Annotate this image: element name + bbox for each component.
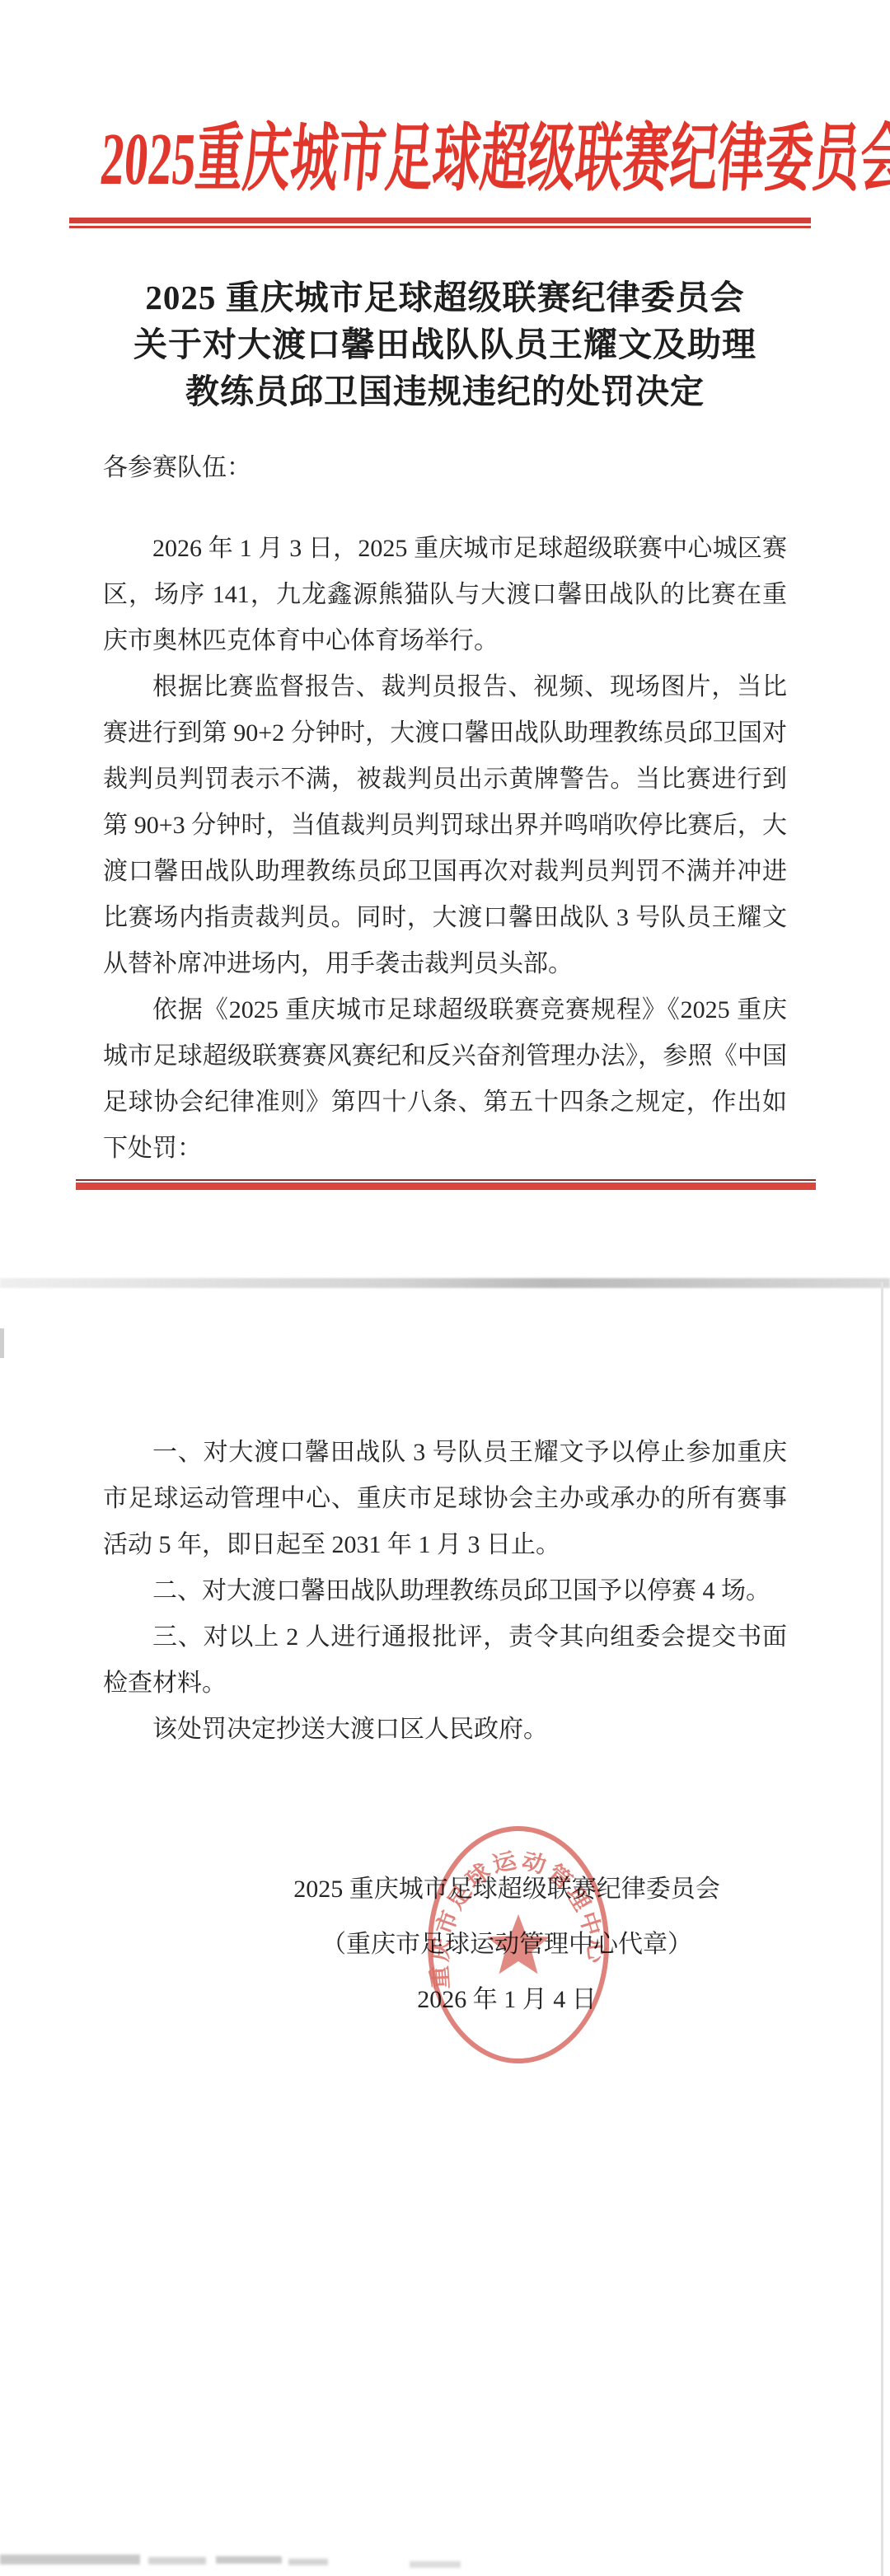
- divider-thick-line: [76, 1183, 816, 1190]
- document-page: 2025重庆城市足球超级联赛纪律委员会 2025 重庆城市足球超级联赛纪律委员会…: [0, 0, 890, 2576]
- league-banner-title-text: 2025重庆城市足球超级联赛纪律委员会: [96, 101, 890, 218]
- document-title-line-1: 2025 重庆城市足球超级联赛纪律委员会: [0, 274, 890, 321]
- seal-star-icon: [487, 1914, 550, 1974]
- document-title-line-3: 教练员邱卫国违规违纪的处罚决定: [0, 368, 890, 415]
- page-divider-red-rule: [76, 1179, 816, 1190]
- league-banner-title: 2025重庆城市足球超级联赛纪律委员会: [0, 112, 890, 206]
- official-seal: 重庆市足球运动管理中心: [420, 1820, 616, 2067]
- scan-left-edge-mark: [0, 1328, 4, 1358]
- salutation: 各参赛队伍：: [103, 445, 787, 491]
- divider-thin-line: [76, 1179, 816, 1181]
- scan-smudge: [0, 2555, 140, 2564]
- paragraph-incident-description: 根据比赛监督报告、裁判员报告、视频、现场图片，当比赛进行到第 90+2 分钟时，…: [103, 664, 787, 987]
- paragraph-legal-basis: 依据《2025 重庆城市足球超级联赛竞赛规程》《2025 重庆城市足球超级联赛赛…: [103, 987, 787, 1172]
- scan-smudge: [288, 2559, 328, 2565]
- page-join-shadow: [0, 1278, 890, 1288]
- scan-smudge: [410, 2561, 461, 2568]
- decision-item-2: 二、对大渡口馨田战队助理教练员邱卫国予以停赛 4 场。: [103, 1568, 787, 1614]
- banner-double-rule: [69, 218, 811, 228]
- banner-rule-thin-line: [69, 226, 811, 228]
- decision-item-1: 一、对大渡口馨田战队 3 号队员王耀文予以停止参加重庆市足球运动管理中心、重庆市…: [103, 1430, 787, 1568]
- scan-right-edge-line: [881, 1282, 883, 2576]
- document-title-line-2: 关于对大渡口馨田战队队员王耀文及助理: [0, 321, 890, 368]
- paragraph-match-info: 2026 年 1 月 3 日，2025 重庆城市足球超级联赛中心城区赛区，场序 …: [103, 526, 787, 664]
- cc-note: 该处罚决定抄送大渡口区人民政府。: [103, 1707, 787, 1753]
- scan-smudge: [216, 2556, 282, 2564]
- document-title: 2025 重庆城市足球超级联赛纪律委员会 关于对大渡口馨田战队队员王耀文及助理 …: [0, 274, 890, 415]
- scan-smudge: [148, 2557, 206, 2564]
- decision-item-3: 三、对以上 2 人进行通报批评，责令其向组委会提交书面检查材料。: [103, 1614, 787, 1707]
- banner-rule-thick-line: [69, 218, 811, 223]
- body-section-2: 一、对大渡口馨田战队 3 号队员王耀文予以停止参加重庆市足球运动管理中心、重庆市…: [103, 1430, 787, 1753]
- body-section-1: 各参赛队伍： 2026 年 1 月 3 日，2025 重庆城市足球超级联赛中心城…: [103, 445, 787, 1172]
